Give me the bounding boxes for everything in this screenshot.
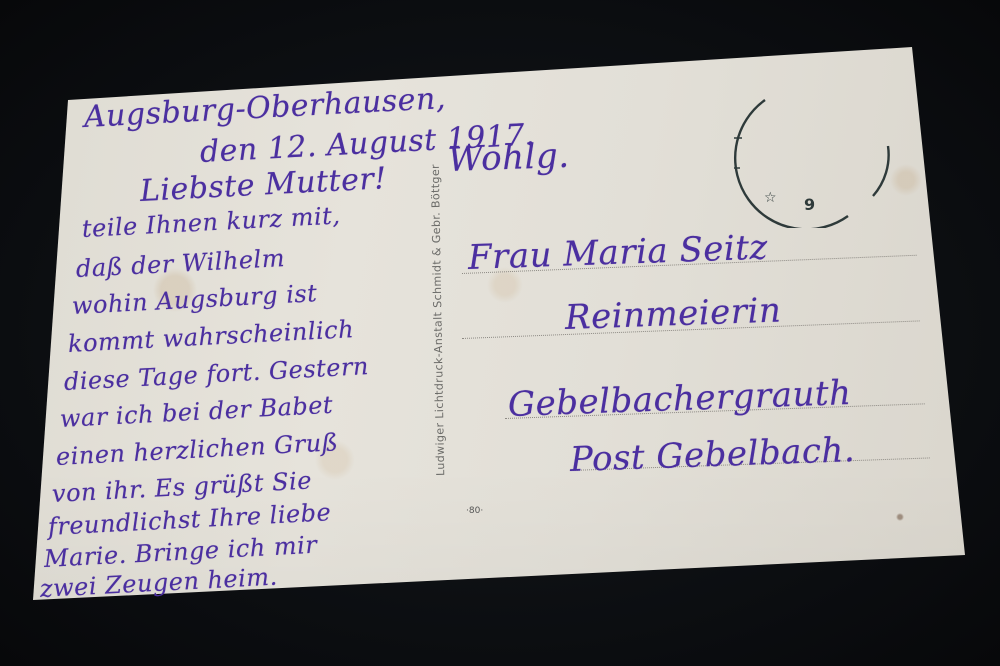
address-salutation: Wohlg. xyxy=(447,136,570,180)
postmark-number: 9 xyxy=(804,195,815,214)
postmark-stamp: ☆ 9 xyxy=(720,88,900,228)
card-number: ·80· xyxy=(466,506,483,516)
address-line-title: Reinmeierin xyxy=(564,290,782,338)
postmark-star-icon: ☆ xyxy=(764,190,777,206)
